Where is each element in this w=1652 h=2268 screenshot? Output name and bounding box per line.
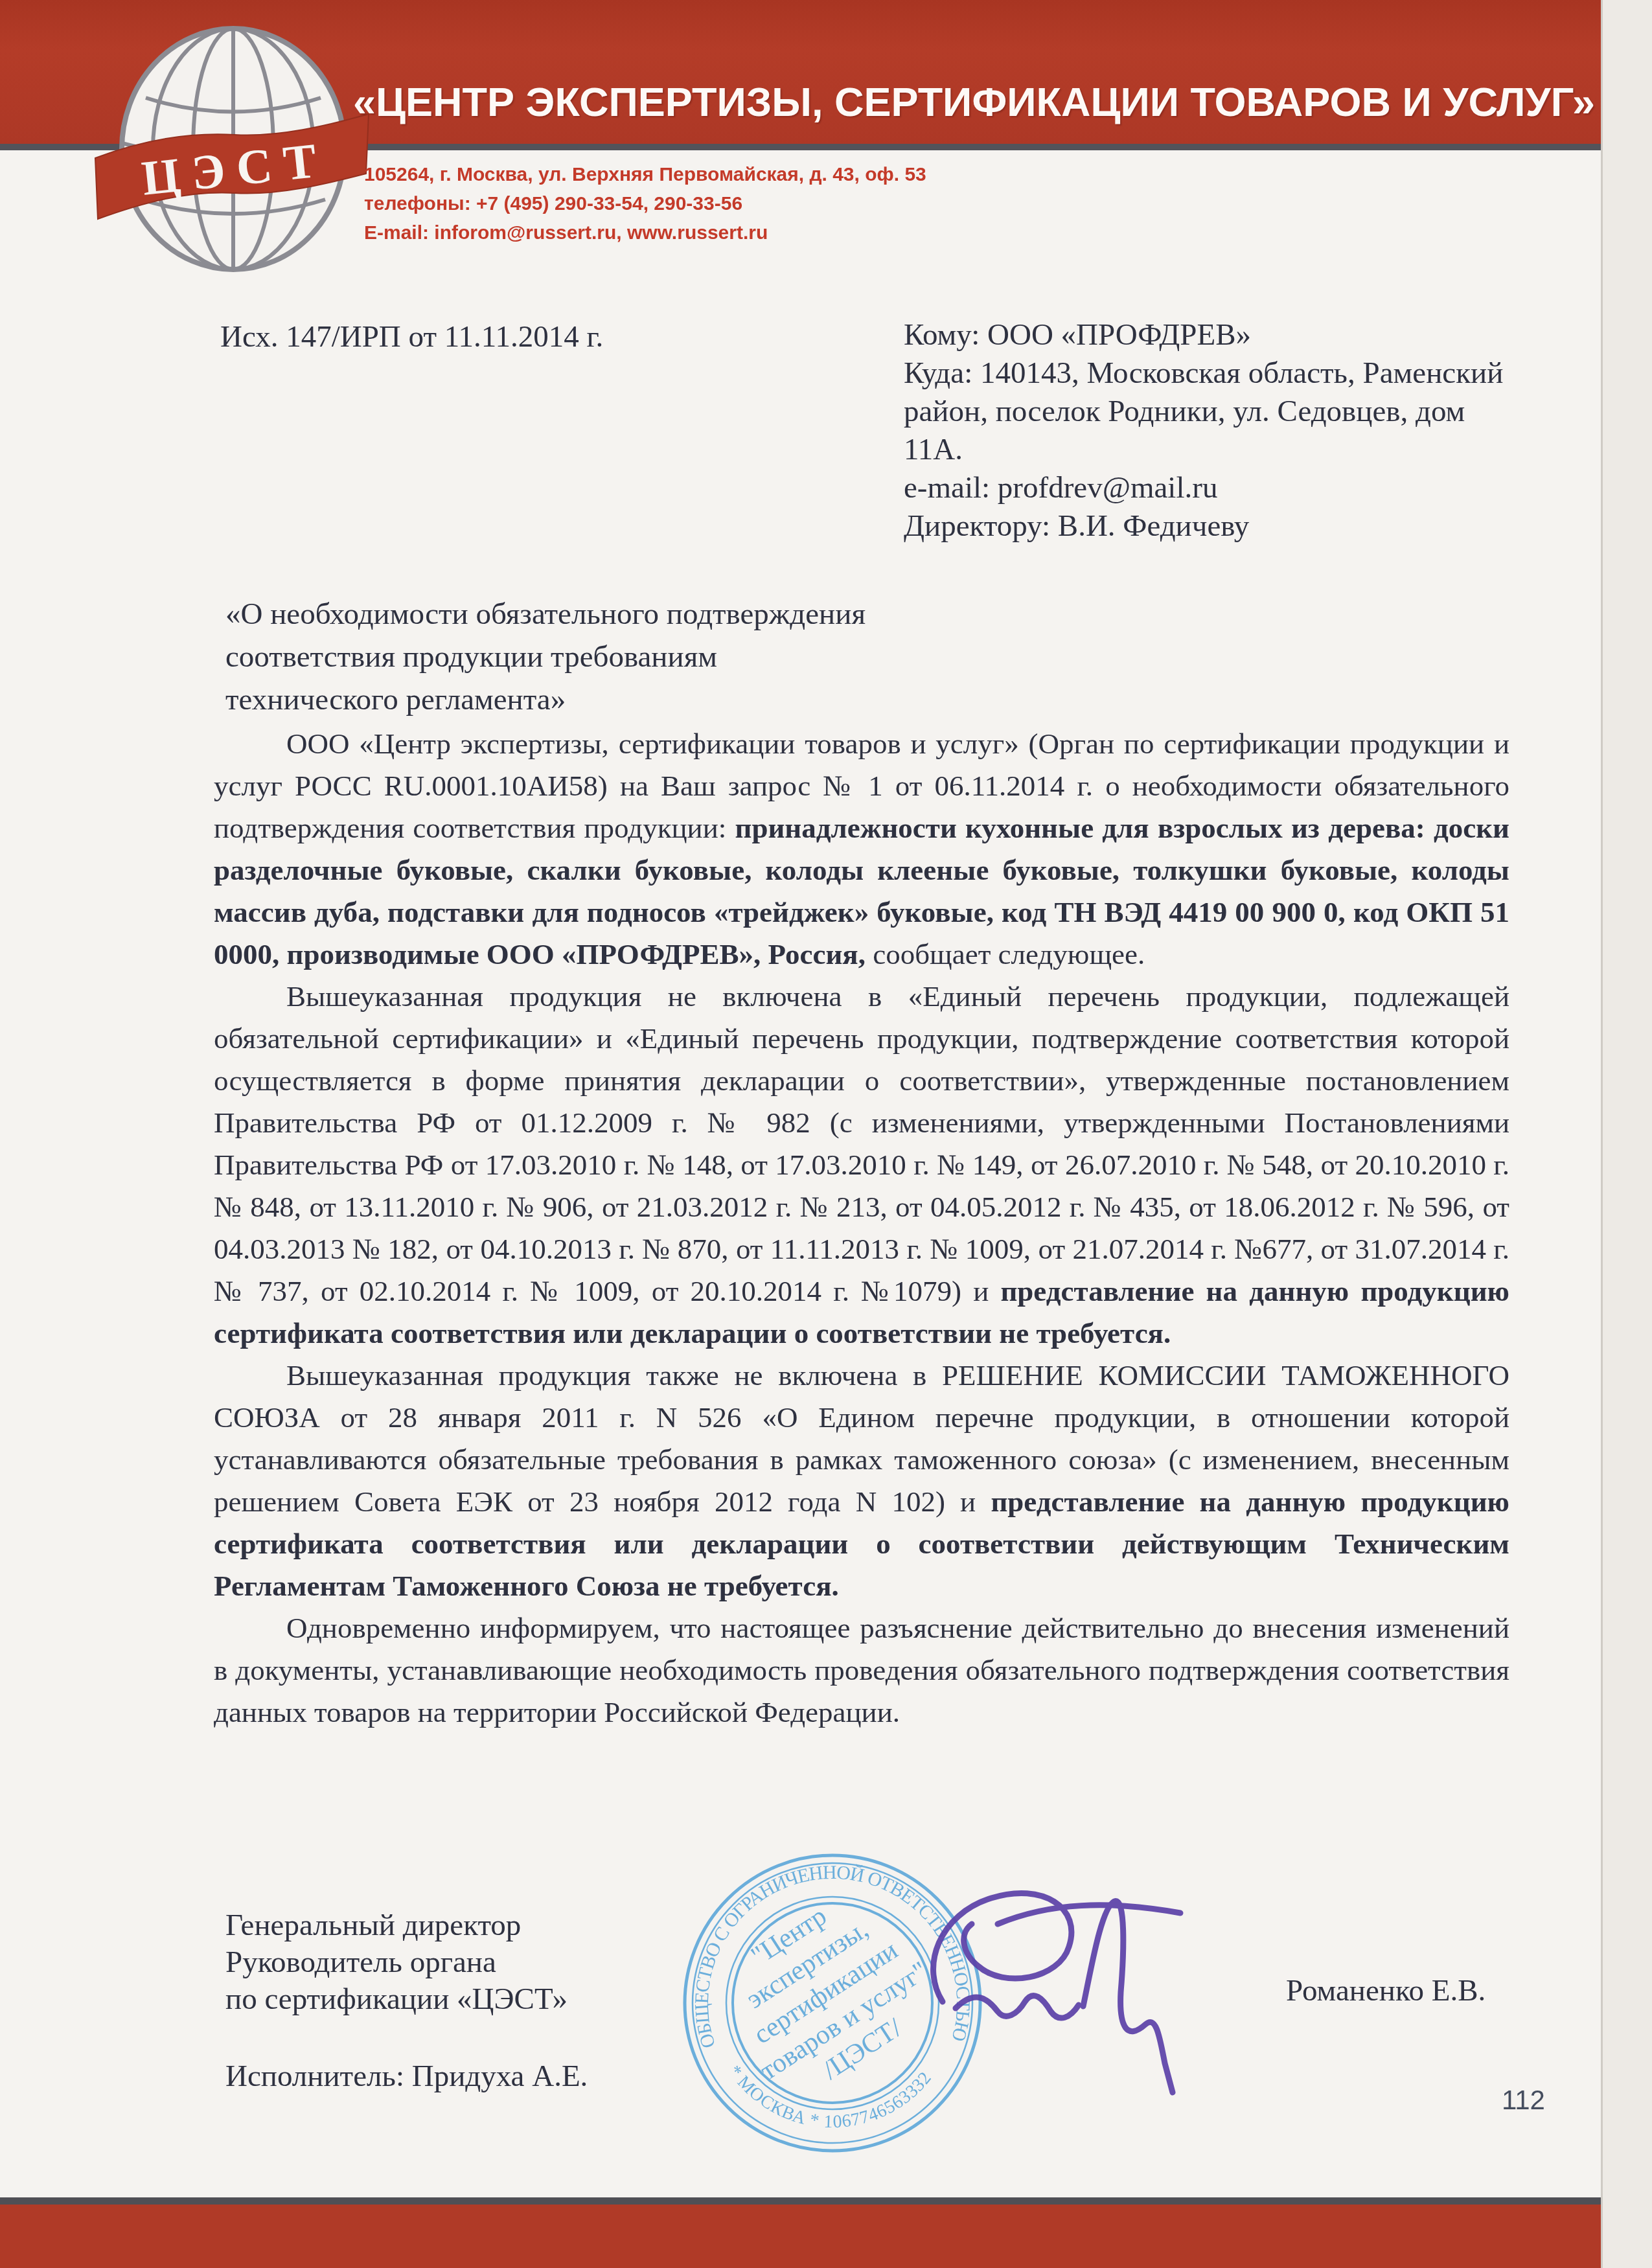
paragraph-4: Одновременно информируем, что настоящее … [214,1607,1509,1734]
subject-line: технического регламента» [225,678,866,721]
letter-body: ООО «Центр экспертизы, сертификации това… [214,723,1509,1734]
letter-page: ЦЭСТ «ЦЕНТР ЭКСПЕРТИЗЫ, СЕРТИФИКАЦИИ ТОВ… [0,0,1652,2268]
recipient-line: район, поселок Родники, ул. Седовцев, до… [904,393,1539,431]
org-title: «ЦЕНТР ЭКСПЕРТИЗЫ, СЕРТИФИКАЦИИ ТОВАРОВ … [353,79,1590,126]
handwritten-signature-icon [901,1862,1205,2115]
page-number: 112 [1502,2085,1545,2116]
footer-red-band [0,2205,1603,2268]
signoff-line: по сертификации «ЦЭСТ» [225,1981,568,2018]
recipient-line: 11А. [904,431,1539,469]
executor-line: Исполнитель: Придуха А.Е. [225,2059,588,2094]
subject-line: соответствия продукции требованиям [225,636,866,678]
org-address: 105264, г. Москва, ул. Верхняя Первомайс… [364,160,926,189]
signatory-name: Романенко Е.В. [1286,1973,1486,2008]
cest-globe-logo-icon: ЦЭСТ [81,12,389,284]
recipient-block: Кому: ООО «ПРОФДРЕВ» Куда: 140143, Моско… [904,316,1539,545]
outgoing-reference: Исх. 147/ИРП от 11.11.2014 г. [220,319,603,354]
recipient-line: Кому: ООО «ПРОФДРЕВ» [904,316,1539,354]
footer-divider-line [0,2197,1603,2205]
recipient-line: Куда: 140143, Московская область, Раменс… [904,354,1539,393]
paragraph-2: Вышеуказанная продукция не включена в «Е… [214,976,1509,1355]
signoff-block: Генеральный директор Руководитель органа… [225,1907,568,2018]
signoff-line: Руководитель органа [225,1944,568,1981]
subject-line: «О необходимости обязательного подтвержд… [225,593,866,636]
paragraph-1: ООО «Центр экспертизы, сертификации това… [214,723,1509,976]
org-phones: телефоны: +7 (495) 290-33-54, 290-33-56 [364,189,926,218]
p1-text-end: сообщает следующее. [866,938,1145,970]
recipient-line: Директору: В.И. Федичеву [904,507,1539,545]
recipient-line: e-mail: profdrev@mail.ru [904,469,1539,507]
signoff-line: Генеральный директор [225,1907,568,1944]
p2-text: Вышеуказанная продукция не включена в «Е… [214,980,1509,1307]
scan-edge-strip [1601,0,1652,2268]
paragraph-3: Вышеуказанная продукция также не включен… [214,1355,1509,1607]
subject-block: «О необходимости обязательного подтвержд… [225,593,866,721]
org-email: E-mail: inforom@russert.ru, www.russert.… [364,218,926,247]
org-contact-block: 105264, г. Москва, ул. Верхняя Первомайс… [364,160,926,247]
